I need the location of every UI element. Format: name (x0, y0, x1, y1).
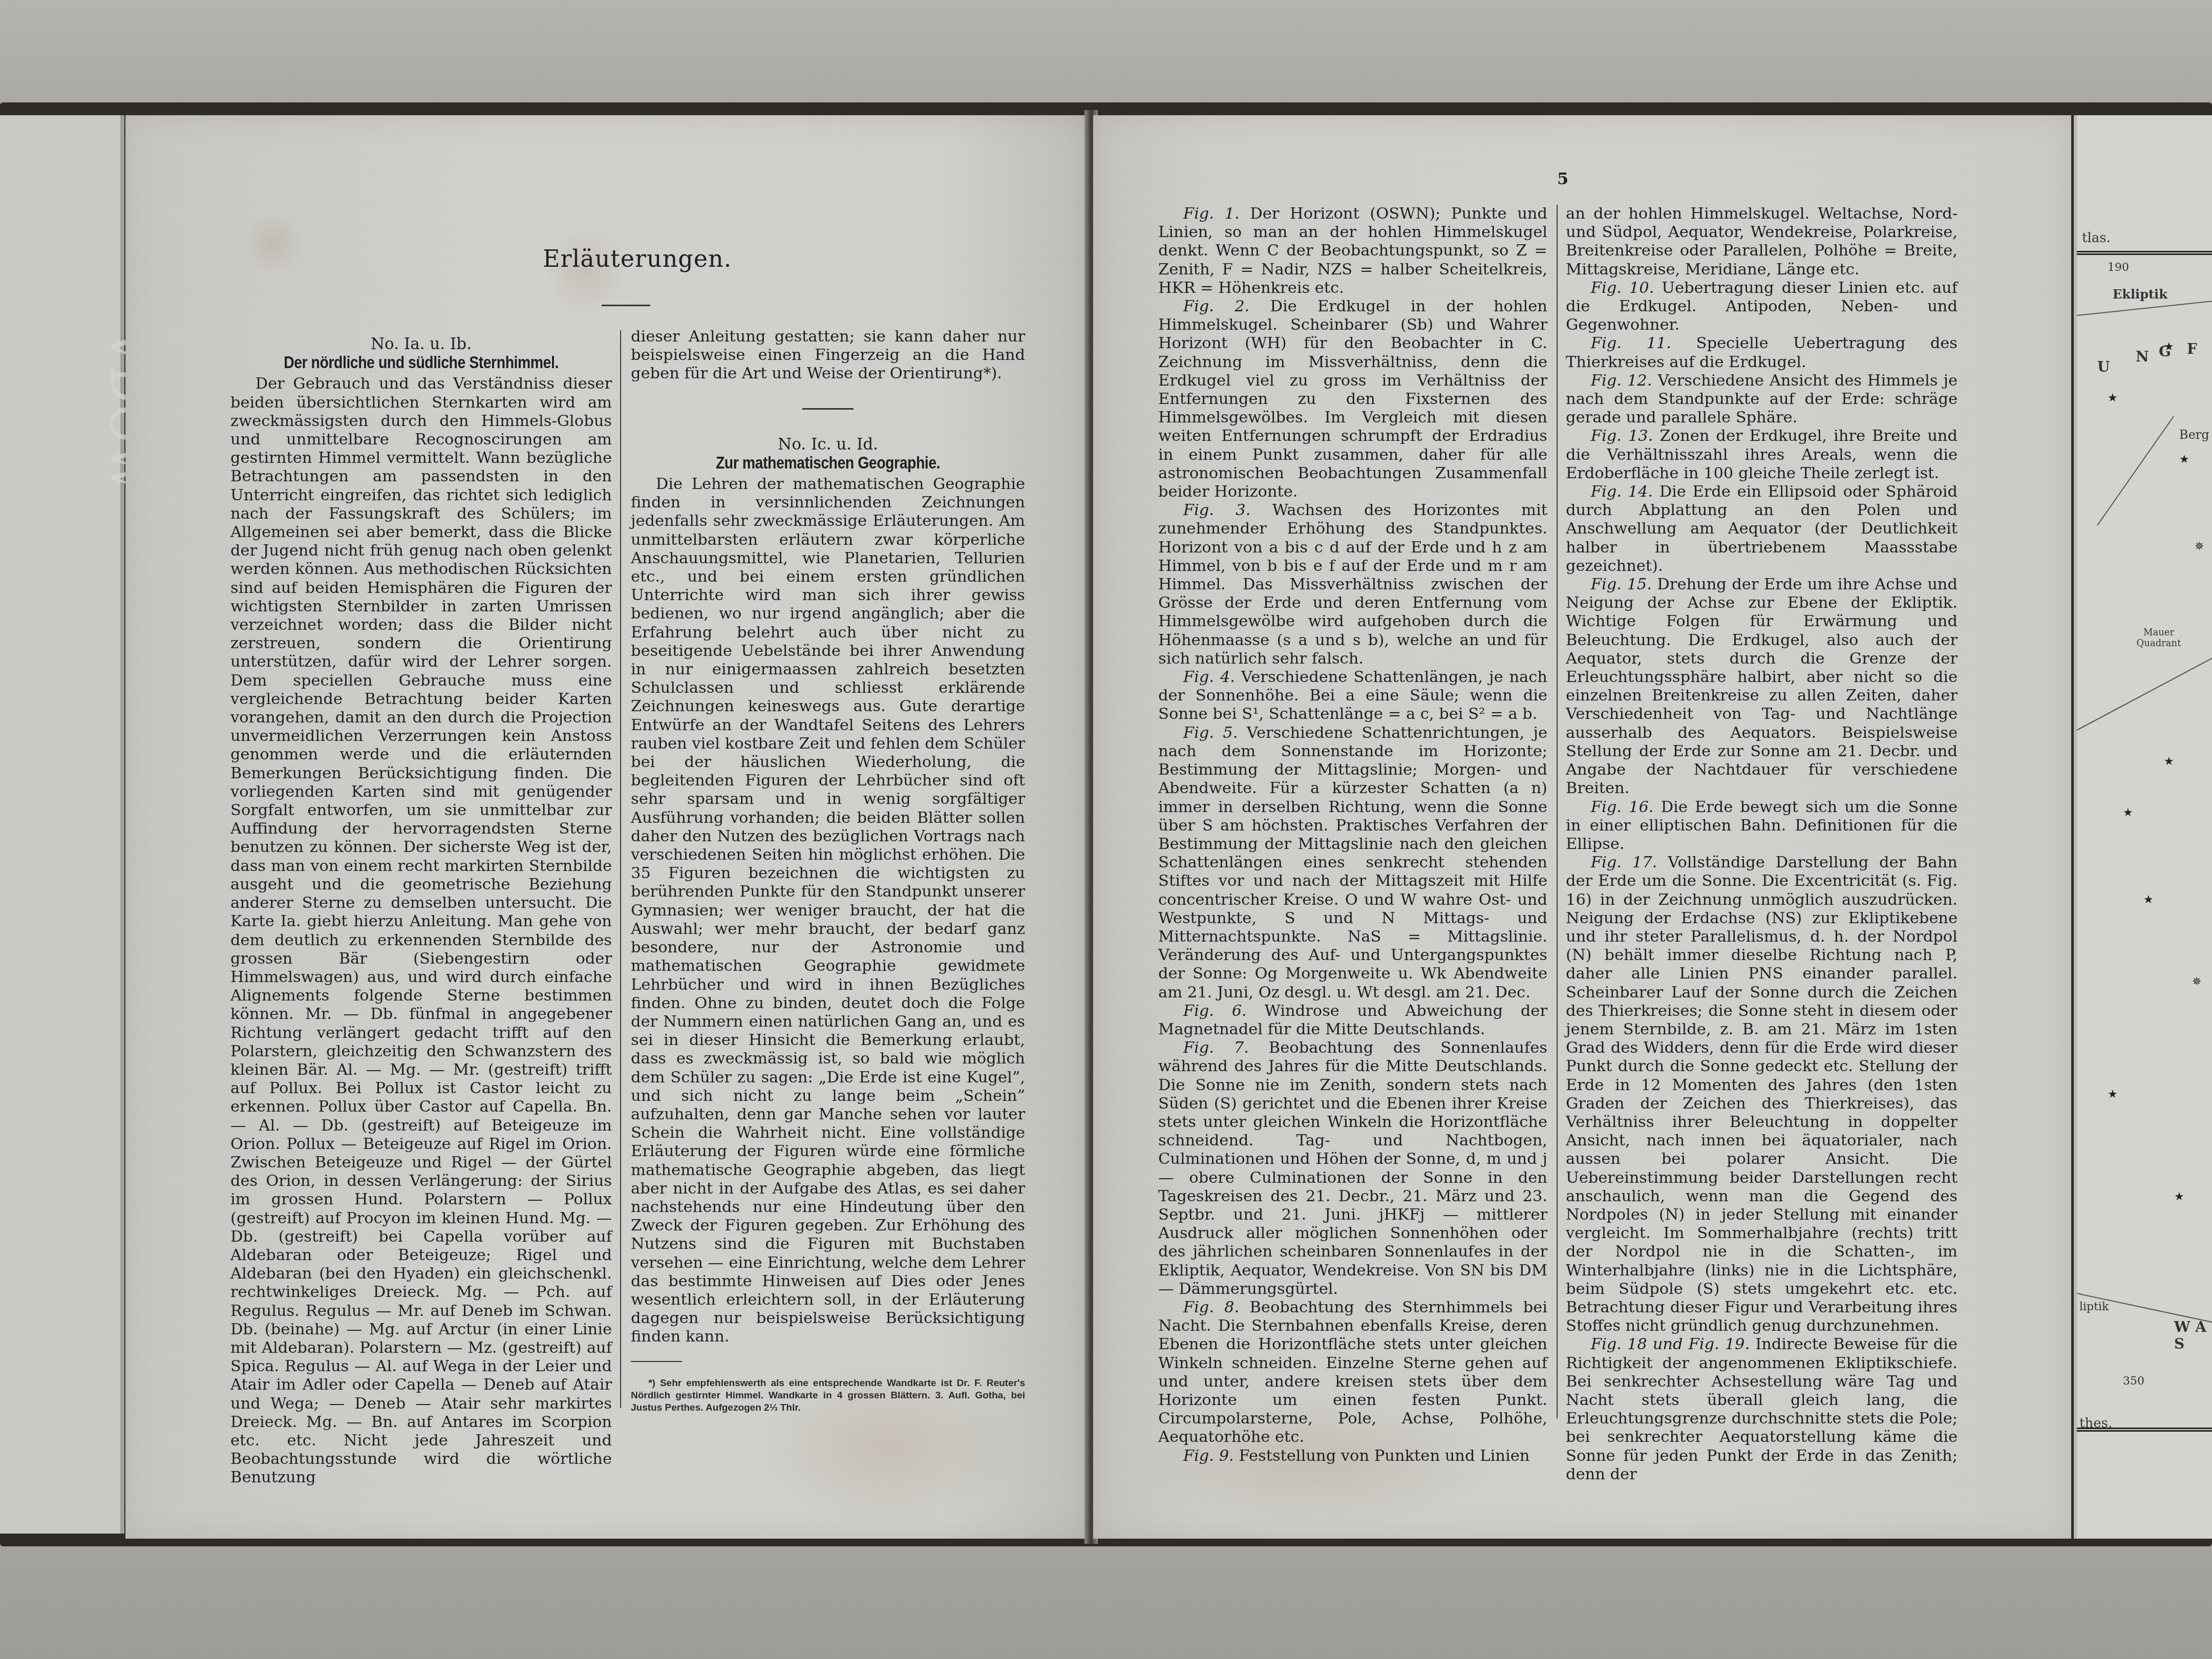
figure-label: Fig. 5. (1183, 724, 1238, 742)
figure-entry: an der hohlen Himmelskugel. Weltachse, N… (1566, 205, 1958, 279)
figure-description: Drehung der Erde um ihre Achse und Neigu… (1566, 576, 1958, 797)
figure-entry: Fig. 4. Verschiedene Schattenlängen, je … (1158, 668, 1547, 724)
page-title: Erläuterungen. (543, 245, 732, 272)
star-icon: ✵ (2192, 975, 2201, 988)
column-divider (1557, 205, 1558, 1418)
left-column-2: dieser Anleitung gestatten; sie kann dah… (631, 328, 1025, 1414)
figure-label: Fig. 4. (1183, 668, 1235, 686)
star-icon: ★ (2164, 341, 2174, 353)
footnote-divider (631, 1361, 682, 1362)
figure-label: Fig. 3. (1183, 501, 1251, 519)
figure-label: Fig. 13. (1591, 427, 1653, 445)
star-icon: ★ (2179, 453, 2189, 466)
figure-entry: Fig. 5. Verschiedene Schattenrichtungen,… (1158, 724, 1547, 1002)
figure-entry: Fig. 13. Zonen der Erdkugel, ihre Breite… (1566, 427, 1958, 483)
figure-description: Beobachtung des Sonnenlaufes während des… (1158, 1039, 1547, 1298)
map-scale-label: 190 (2108, 261, 2129, 274)
figure-entry: Fig. 8. Beobachtung des Sternhimmels bei… (1158, 1299, 1547, 1447)
figure-label: Fig. 9. (1183, 1447, 1234, 1465)
star-icon: ★ (2108, 392, 2118, 405)
map-label-letter: N (2136, 348, 2149, 365)
map-label-ekliptik: liptik (2079, 1301, 2109, 1313)
star-icon: ★ (2123, 806, 2133, 819)
figure-entry: Fig. 6. Windrose und Abweichung der Magn… (1158, 1002, 1547, 1039)
map-caption-fragment: thes. (2079, 1416, 2112, 1431)
previous-leaf-edge: VDOW (0, 115, 124, 1534)
figure-description: an der hohlen Himmelskugel. Weltachse, N… (1566, 205, 1958, 279)
title-divider (602, 305, 650, 306)
figure-entry: Fig. 9. Feststellung von Punkten und Lin… (1158, 1447, 1547, 1465)
section-heading: Zur mathematischen Geographie. (658, 454, 997, 472)
figure-description: Indirecte Beweise für die Richtigkeit de… (1566, 1335, 1958, 1483)
map-label-berg: Berg (2179, 428, 2209, 442)
right-column-2: an der hohlen Himmelskugel. Weltachse, N… (1566, 205, 1958, 1484)
star-icon: ★ (2164, 755, 2174, 768)
figure-entry: Fig. 2. Die Erdkugel in der hohlen Himme… (1158, 297, 1547, 501)
figure-entry: Fig. 18 und Fig. 19. Indirecte Beweise f… (1566, 1335, 1958, 1484)
background-surface-bottom (0, 1541, 2212, 1659)
figure-entry: Fig. 7. Beobachtung des Sonnenlaufes wäh… (1158, 1039, 1547, 1299)
figure-label: Fig. 12. (1591, 372, 1652, 390)
figure-entry: Fig. 16. Die Erde bewegt sich um die Son… (1566, 798, 1958, 854)
figure-entry: Fig. 11. Specielle Uebertragung des Thie… (1566, 334, 1958, 371)
section-heading: Der nördliche und südliche Sternhimmel. (257, 353, 585, 372)
map-label-letter: U (2097, 358, 2110, 375)
map-label-letter: F (2187, 341, 2197, 357)
figure-entry: Fig. 3. Wachsen des Horizontes mit zuneh… (1158, 501, 1547, 668)
figure-label: Fig. 7. (1183, 1039, 1249, 1057)
paper-stain (243, 212, 305, 274)
section-number: No. Ic. u. Id. (631, 435, 1025, 454)
column-divider (620, 330, 621, 1408)
figure-entry: Fig. 14. Die Erde ein Ellipsoid oder Sph… (1566, 483, 1958, 576)
figure-description: Beobachtung des Sternhimmels bei Nacht. … (1158, 1299, 1547, 1446)
figure-description: Vollständige Darstellung der Bahn der Er… (1566, 854, 1958, 1335)
continued-paragraph: dieser Anleitung gestatten; sie kann dah… (631, 328, 1025, 384)
figure-entry: Fig. 15. Drehung der Erde um ihre Achse … (1566, 576, 1958, 798)
body-paragraph: Der Gebrauch und das Verständniss dieser… (230, 375, 612, 1487)
figure-label: Fig. 11. (1591, 334, 1671, 352)
star-icon: ★ (2143, 894, 2154, 906)
section-number: No. Ia. u. Ib. (230, 335, 612, 353)
figure-label: Fig. 10. (1591, 279, 1654, 297)
background-surface (0, 0, 2212, 110)
right-column-1: Fig. 1. Der Horizont (OSWN); Punkte und … (1158, 205, 1547, 1465)
figure-entry: Fig. 17. Vollständige Darstellung der Ba… (1566, 854, 1958, 1335)
figure-label: Fig. 18 und Fig. 19. (1591, 1335, 1750, 1353)
figure-description: Die Erdkugel in der hohlen Himmelskugel.… (1158, 297, 1547, 501)
figure-label: Fig. 17. (1591, 854, 1657, 871)
figure-label: Fig. 14. (1591, 483, 1653, 501)
figure-label: Fig. 2. (1183, 297, 1249, 315)
figure-label: Fig. 1. (1183, 205, 1240, 223)
section-divider (802, 408, 854, 410)
map-caption-fragment: tlas. (2082, 230, 2111, 246)
figure-label: Fig. 15. (1591, 576, 1652, 593)
star-icon: ✵ (2195, 540, 2204, 553)
figure-entry: Fig. 10. Uebertragung dieser Linien etc.… (1566, 279, 1958, 335)
body-paragraph: Die Lehren der mathematischen Geographie… (631, 475, 1025, 1347)
figure-description: Verschiedene Schattenrichtungen, je nach… (1158, 724, 1547, 1002)
map-label-ekliptik: Ekliptik (2113, 287, 2167, 302)
figure-entry: Fig. 1. Der Horizont (OSWN); Punkte und … (1158, 205, 1547, 297)
star-icon: ★ (2174, 1190, 2184, 1203)
page-number: 5 (1557, 169, 1568, 188)
footnote-text: *) Sehr empfehlenswerth als eine entspre… (631, 1377, 1025, 1414)
figure-entry: Fig. 12. Verschiedene Ansicht des Himmel… (1566, 372, 1958, 428)
figure-label: Fig. 6. (1183, 1002, 1247, 1020)
figure-label: Fig. 8. (1183, 1299, 1239, 1316)
figure-label: Fig. 16. (1591, 798, 1654, 816)
map-label-letter: W A S (2174, 1318, 2212, 1352)
map-label-quadrant: Mauer Quadrant (2133, 627, 2184, 649)
star-map-sheet: tlas. 190 Ekliptik U N G F Berg Mauer Qu… (2074, 115, 2212, 1539)
map-scale-label: 350 (2123, 1375, 2144, 1388)
footnote: *) Sehr empfehlenswerth als eine entspre… (631, 1377, 1025, 1414)
figure-description: Wachsen des Horizontes mit zunehmender E… (1158, 501, 1547, 668)
left-column-1: No. Ia. u. Ib. Der nördliche und südlich… (230, 332, 612, 1487)
star-icon: ★ (2108, 1088, 2118, 1101)
figure-description: Feststellung von Punkten und Linien (1239, 1447, 1529, 1465)
